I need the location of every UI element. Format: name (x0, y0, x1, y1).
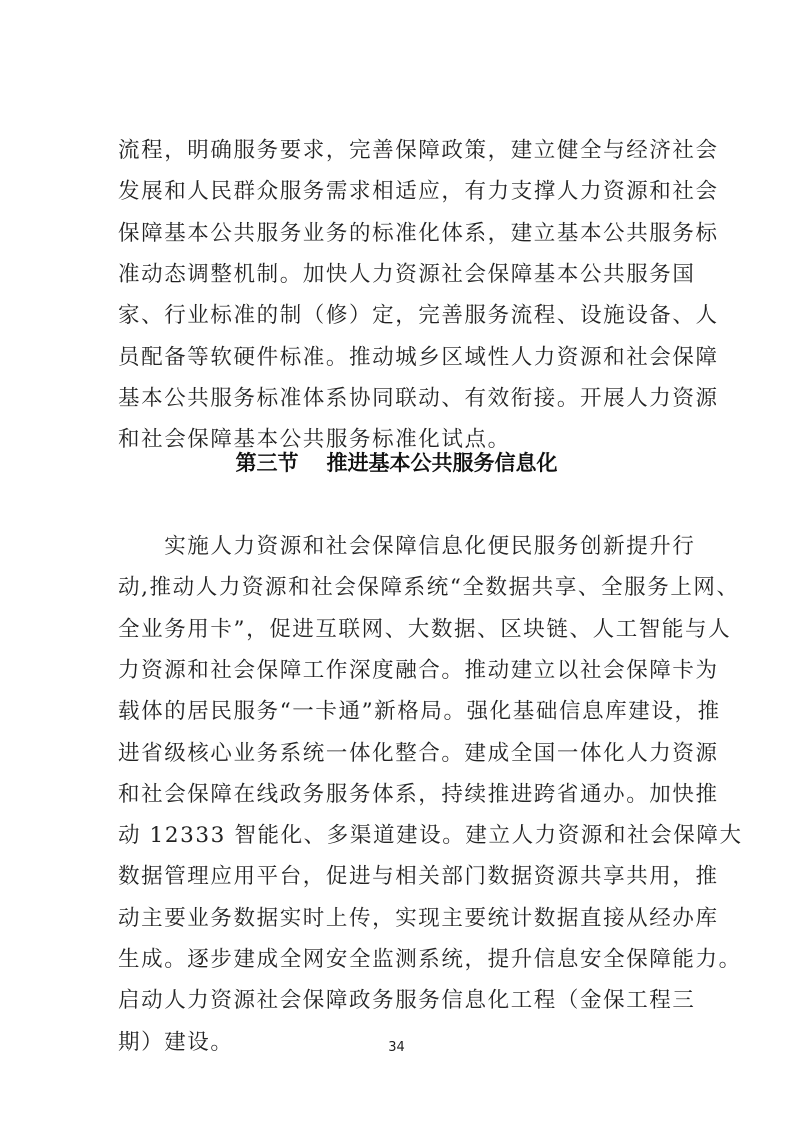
text-line: 流程，明确服务要求，完善保障政策，建立健全与经济社会 (118, 136, 678, 166)
text-line: 进省级核心业务系统一体化整合。建成全国一体化人力资源 (118, 739, 678, 769)
text-line: 保障基本公共服务业务的标准化体系，建立基本公共服务标 (118, 219, 678, 249)
text-line: 动,推动人力资源和社会保障系统“全数据共享、全服务上网、 (118, 573, 678, 603)
text-line: 力资源和社会保障工作深度融合。推动建立以社会保障卡为 (118, 656, 678, 686)
section-title: 推进基本公共服务信息化 (327, 451, 558, 475)
document-page: 流程，明确服务要求，完善保障政策，建立健全与经济社会 发展和人民群众服务需求相适… (0, 0, 793, 1122)
section-heading: 第三节推进基本公共服务信息化 (0, 448, 793, 478)
text-line: 全业务用卡”，促进互联网、大数据、区块链、人工智能与人 (118, 615, 678, 645)
text-line: 启动人力资源社会保障政务服务信息化工程（金保工程三 (118, 986, 678, 1016)
text-line: 动主要业务数据实时上传，实现主要统计数据直接从经办库 (118, 904, 678, 934)
text-line: 载体的居民服务“一卡通”新格局。强化基础信息库建设，推 (118, 697, 678, 727)
text-line: 员配备等软硬件标准。推动城乡区域性人力资源和社会保障 (118, 343, 678, 373)
text-line: 数据管理应用平台，促进与相关部门数据资源共享共用，推 (118, 862, 678, 892)
text-line: 动 12333 智能化、多渠道建设。建立人力资源和社会保障大 (118, 821, 678, 851)
text-line: 基本公共服务标准体系协同联动、有效衔接。开展人力资源 (118, 384, 678, 414)
text-line: 和社会保障在线政务服务体系，持续推进跨省通办。加快推 (118, 780, 678, 810)
page-number: 34 (0, 1040, 793, 1055)
section-number: 第三节 (236, 451, 299, 475)
text-line: 准动态调整机制。加快人力资源社会保障基本公共服务国 (118, 260, 678, 290)
text-line: 实施人力资源和社会保障信息化便民服务创新提升行 (118, 532, 678, 562)
text-line: 生成。逐步建成全网安全监测系统，提升信息安全保障能力。 (118, 945, 678, 975)
text-line: 家、行业标准的制（修）定，完善服务流程、设施设备、人 (118, 301, 678, 331)
text-line: 发展和人民群众服务需求相适应，有力支撑人力资源和社会 (118, 177, 678, 207)
